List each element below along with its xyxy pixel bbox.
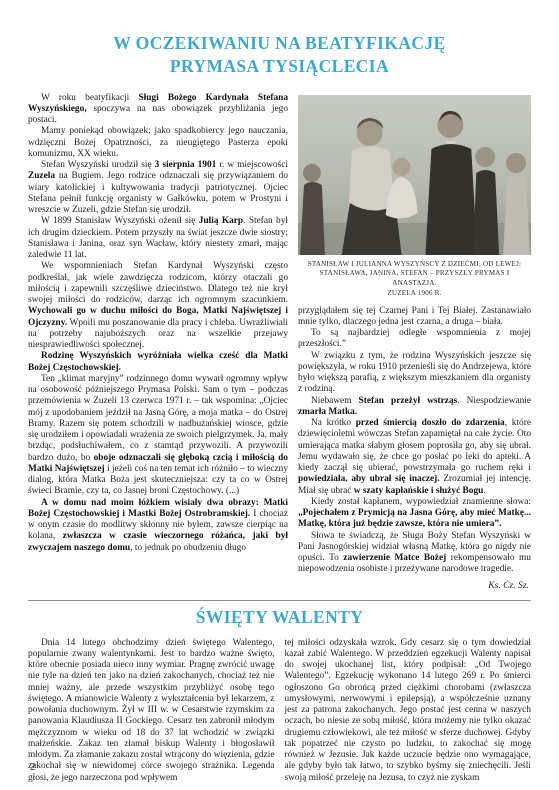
bulletin-page: W OCZEKIWANIU NA BEATYFIKACJĘ PRYMASA TY… bbox=[0, 0, 559, 790]
family-photo-figure: STANISŁAW I JULIANNA WYSZYŃSCY Z DZIEĆMI… bbox=[298, 95, 531, 299]
article2-left-column: Dnia 14 lutego obchodzimy dzień świętego… bbox=[28, 638, 275, 784]
family-photo bbox=[298, 95, 531, 255]
paragraph: tej miłości odzyskała wzrok. Gdy cesarz … bbox=[285, 638, 532, 784]
paragraph: Rodzinę Wyszyńskich wyróżniała wielka cz… bbox=[28, 351, 288, 374]
article2-right-column: tej miłości odzyskała wzrok. Gdy cesarz … bbox=[285, 638, 532, 784]
article2-title: ŚWIĘTY WALENTY bbox=[28, 607, 531, 628]
author-signature: Ks. Cz. Sz. bbox=[298, 580, 529, 591]
paragraph: To są najbardziej odległe wspomnienia z … bbox=[298, 328, 531, 351]
paragraph: W związku z tym, że rodzina Wyszyńskich … bbox=[298, 351, 531, 396]
paragraph: W 1899 Stanisław Wyszyński ożenił się Ju… bbox=[28, 216, 288, 261]
paragraph: Dnia 14 lutego obchodzimy dzień świętego… bbox=[28, 638, 275, 784]
article1-left-column: W roku beatyfikacji Sługi Bożego Kardyna… bbox=[28, 93, 288, 591]
paragraph: Słowa te świadczą, że Sługa Boży Stefan … bbox=[298, 531, 531, 576]
paragraph: W roku beatyfikacji Sługi Bożego Kardyna… bbox=[28, 93, 288, 127]
paragraph: Stefan Wyszyński urodził się 3 sierpnia … bbox=[28, 160, 288, 216]
paragraph: A w domu nad moim łóżkiem wisiały dwa ob… bbox=[28, 498, 288, 554]
photo-caption-line: STANISŁAW I JULIANNA WYSZYŃSCY Z DZIEĆMI… bbox=[298, 260, 531, 270]
section-divider bbox=[28, 600, 531, 601]
photo-caption-line: ZUZELA 1906 R. bbox=[298, 289, 531, 299]
paragraph: Ten „klimat maryjny” rodzinnego domu wyw… bbox=[28, 374, 288, 498]
photo-caption: STANISŁAW I JULIANNA WYSZYŃSCY Z DZIEĆMI… bbox=[298, 260, 531, 299]
photo-caption-line: STANISŁAWA, JANINA, STEFAN – PRZYSZŁY PR… bbox=[298, 269, 531, 289]
paragraph: We wspomnieniach Stefan Kardynał Wyszyńs… bbox=[28, 261, 288, 351]
page-number: 2 bbox=[30, 762, 35, 773]
article1-title: W OCZEKIWANIU NA BEATYFIKACJĘ PRYMASA TY… bbox=[83, 32, 476, 78]
article1-right-column: STANISŁAW I JULIANNA WYSZYŃSCY Z DZIEĆMI… bbox=[298, 93, 531, 591]
paragraph: przyglądałem się tej Czarnej Pani i Tej … bbox=[298, 306, 531, 329]
paragraph: Niebawem Stefan przeżył wstrząs. Niespod… bbox=[298, 396, 531, 419]
paragraph: Mamy poniekąd obowiązek; jako spadkobier… bbox=[28, 126, 288, 160]
article2: Dnia 14 lutego obchodzimy dzień świętego… bbox=[28, 638, 531, 784]
article1: W roku beatyfikacji Sługi Bożego Kardyna… bbox=[28, 93, 531, 591]
paragraph: Na krótko przed śmiercią doszło do zdarz… bbox=[298, 418, 531, 497]
page-content: W OCZEKIWANIU NA BEATYFIKACJĘ PRYMASA TY… bbox=[0, 0, 559, 784]
paragraph: Kiedy został kapłanem, wypowiedział znam… bbox=[298, 497, 531, 531]
